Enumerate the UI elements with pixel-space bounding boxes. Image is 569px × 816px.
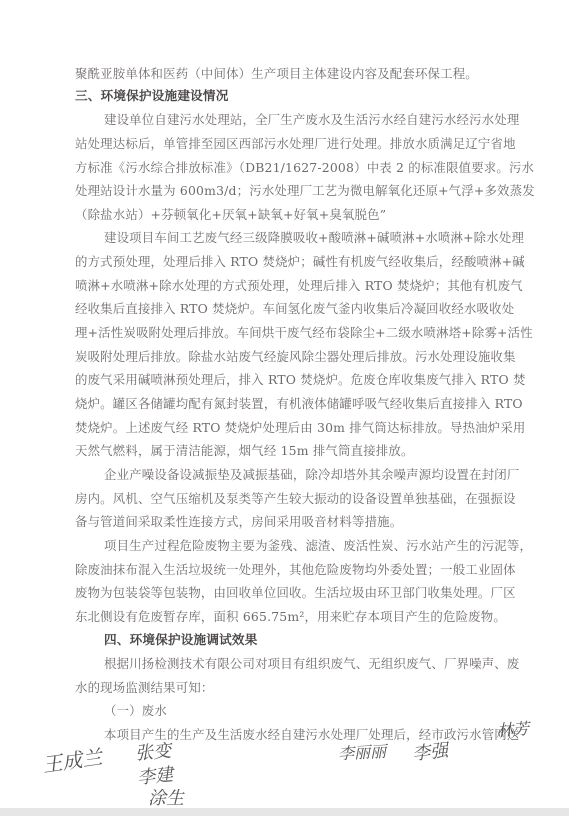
page-bottom-edge	[0, 808, 569, 816]
paragraph-line: 喷淋+水喷淋+除水处理的方式预处理，处理后排入 RTO 焚烧炉；其他有机废气	[75, 278, 495, 294]
paragraph-line: 理+活性炭吸附处理后排放。车间烘干废气经布袋除尘+二级水喷淋塔+除雾+活性	[75, 325, 495, 341]
signature: 林芳	[496, 716, 530, 741]
paragraph-line: 处理站设计水量为 600m3/d；污水处理厂工艺为微电解氧化还原+气浮+多效蒸发	[75, 183, 495, 199]
paragraph-line: 企业产噪设备设减振垫及减振基础，除冷却塔外其余噪声源均设置在封闭厂	[104, 467, 495, 483]
paragraph-line: 焚烧炉。上述废气经 RTO 焚烧炉处理后由 30m 排气筒达标排放。导热油炉采用	[75, 420, 495, 436]
subsection-heading: （一）废水	[104, 703, 495, 719]
paragraph-line: 烧炉。罐区各储罐均配有氮封装置，有机液体储罐呼吸气经收集后直接排入 RTO	[75, 396, 495, 412]
paragraph-line: 炭吸附处理后排放。除盐水站废气经旋风除尘器处理后排放。污水处理设施收集	[75, 349, 495, 365]
paragraph-line: 水的现场监测结果可知：	[75, 680, 495, 696]
paragraph-line: 天然气燃料，属于清洁能源，烟气经 15m 排气筒直接排放。	[75, 443, 495, 459]
signature: 李丽丽	[337, 739, 386, 764]
signature: 李强	[411, 736, 450, 766]
paragraph-line: 的方式预处理，处理后排入 RTO 焚烧炉；碱性有机废气经收集后，经酸喷淋+碱	[75, 254, 495, 270]
signature: 王成兰	[40, 741, 103, 778]
paragraph-line: 除废油抹布混入生活垃圾统一处理外，其他危险废物均外委处置；一般工业固体	[75, 562, 495, 578]
paragraph-line: 房内。风机、空气压缩机及泵类等产生较大振动的设备设置单独基础，在强振设	[75, 491, 495, 507]
paragraph-line: 建设项目车间工艺废气经三级降膜吸收+酸喷淋+碱喷淋+水喷淋+除水处理	[104, 230, 495, 246]
section-heading-4: 四、环境保护设施调试效果	[104, 632, 495, 648]
document-page: 聚酰亚胺单体和医药（中间体）生产项目主体建设内容及配套环保工程。 三、环境保护设…	[0, 0, 569, 808]
paragraph-line: 项目生产过程危险废物主要为釜残、滤渣、废活性炭、污水站产生的污泥等，	[104, 538, 495, 554]
section-heading-3: 三、环境保护设施建设情况	[75, 88, 495, 104]
paragraph-line: 东北侧设有危废暂存库，面积 665.75m²，用来贮存本项目产生的危险废物。	[75, 609, 495, 625]
paragraph-line: 站处理达标后，单管排至园区西部污水处理厂进行处理。排放水质满足辽宁省地	[75, 136, 495, 152]
signature: 涂生	[148, 784, 184, 810]
paragraph-line: 方标准《污水综合排放标准》（DB21/1627-2008）中表 2 的标准限值要…	[75, 160, 495, 176]
paragraph-line: 建设单位自建污水处理站，全厂生产废水及生活污水经自建污水经污水处理	[104, 112, 495, 128]
paragraph-line: （除盐水站）+芬顿氧化+厌氧+缺氧+好氧+臭氧脱色”	[75, 207, 495, 223]
paragraph-line: 废物为包装袋等包装物，由回收单位回收。生活垃圾由环卫部门收集处理。厂区	[75, 585, 495, 601]
paragraph-line: 经收集后直接排入 RTO 焚烧炉。车间氢化废气釜内收集后冷凝回收经水吸收处	[75, 301, 495, 317]
paragraph-line: 根据川扬检测技术有限公司对项目有组织废气、无组织废气、厂界噪声、废	[104, 656, 495, 672]
paragraph-line: 的废气采用碱喷淋预处理后，排入 RTO 焚烧炉。危废仓库收集废气排入 RTO 焚	[75, 372, 495, 388]
paragraph-line: 备与管道间采取柔性连接方式，房间采用吸音材料等措施。	[75, 514, 495, 530]
text-line: 聚酰亚胺单体和医药（中间体）生产项目主体建设内容及配套环保工程。	[75, 66, 495, 82]
